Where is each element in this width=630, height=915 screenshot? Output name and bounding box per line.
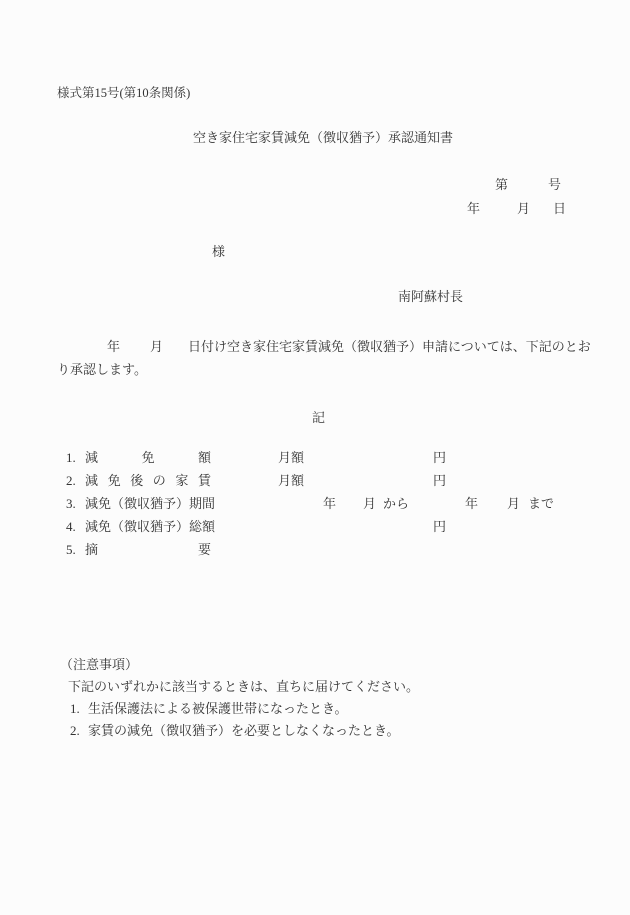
item-label: 減免（徴収猶予）期間 — [85, 497, 215, 511]
doc-number-prefix: 第 — [495, 178, 508, 192]
period-end-month-label: 月 — [507, 497, 520, 511]
notes-heading: （注意事項） — [60, 658, 138, 672]
document-page: 様式第15号(第10条関係) 空き家住宅家賃減免（徴収猶予）承認通知書 第 号 … — [0, 0, 630, 915]
document-title: 空き家住宅家賃減免（徴収猶予）承認通知書 — [193, 131, 453, 145]
note-text: 家賃の減免（徴収猶予）を必要としなくなったとき。 — [88, 724, 399, 738]
note-item-no-longer-needed: 2. 家賃の減免（徴収猶予）を必要としなくなったとき。 — [0, 724, 630, 747]
body-text-line2: り承認します。 — [57, 363, 147, 377]
date-day-label: 日 — [553, 202, 566, 216]
body-paragraph-line2: り承認します。 — [0, 363, 630, 386]
notes-intro: 下記のいずれかに該当するときは、直ちに届けてください。 — [68, 680, 419, 694]
date-month-label: 月 — [517, 202, 530, 216]
item-row-remarks: 5. 摘要 — [0, 543, 630, 566]
item-label: 摘要 — [85, 543, 211, 557]
item-row-reduction-period: 3. 減免（徴収猶予）期間 年 月 から 年 月 まで — [0, 497, 630, 520]
item-number: 5. — [66, 543, 76, 557]
sender-title: 南阿蘇村長 — [398, 290, 463, 304]
body-paragraph-line1: 年 月 日付け空き家住宅家賃減免（徴収猶予）申請については、下記のとお — [0, 340, 630, 363]
addressee-suffix: 様 — [212, 245, 225, 259]
yen-unit-label: 円 — [433, 451, 446, 465]
monthly-amount-label: 月額 — [278, 474, 304, 488]
note-item-welfare: 1. 生活保護法による被保護世帯になったとき。 — [0, 702, 630, 725]
body-date-month: 月 — [150, 340, 163, 354]
body-text-line1: 日付け空き家住宅家賃減免（徴収猶予）申請については、下記のとお — [188, 340, 591, 354]
yen-unit-label: 円 — [433, 520, 446, 534]
period-end-year-label: 年 — [465, 497, 478, 511]
period-to-label: まで — [528, 497, 554, 511]
form-number: 様式第15号(第10条関係) — [57, 86, 190, 100]
item-number: 4. — [66, 520, 76, 534]
item-number: 2. — [66, 474, 76, 488]
item-number: 3. — [66, 497, 76, 511]
body-date-year: 年 — [107, 340, 120, 354]
date-year-label: 年 — [467, 202, 480, 216]
item-label: 減免後の家賃 — [85, 474, 211, 488]
doc-number-suffix: 号 — [548, 178, 561, 192]
note-number: 1. — [70, 702, 80, 716]
period-start-year-label: 年 — [323, 497, 336, 511]
item-row-reduction-amount: 1. 減免額 月額 円 — [0, 451, 630, 474]
note-number: 2. — [70, 724, 80, 738]
period-start-month-label: 月 — [363, 497, 376, 511]
date-line: 年 月 日 — [0, 202, 630, 225]
item-label: 減免（徴収猶予）総額 — [85, 520, 215, 534]
yen-unit-label: 円 — [433, 474, 446, 488]
doc-number-line: 第 号 — [0, 178, 630, 201]
note-text: 生活保護法による被保護世帯になったとき。 — [88, 702, 347, 716]
period-from-label: から — [383, 497, 409, 511]
item-row-reduction-total: 4. 減免（徴収猶予）総額 円 — [0, 520, 630, 543]
item-number: 1. — [66, 451, 76, 465]
item-label: 減免額 — [85, 451, 211, 465]
record-heading: 記 — [312, 411, 325, 425]
item-row-rent-after-reduction: 2. 減免後の家賃 月額 円 — [0, 474, 630, 497]
monthly-amount-label: 月額 — [278, 451, 304, 465]
